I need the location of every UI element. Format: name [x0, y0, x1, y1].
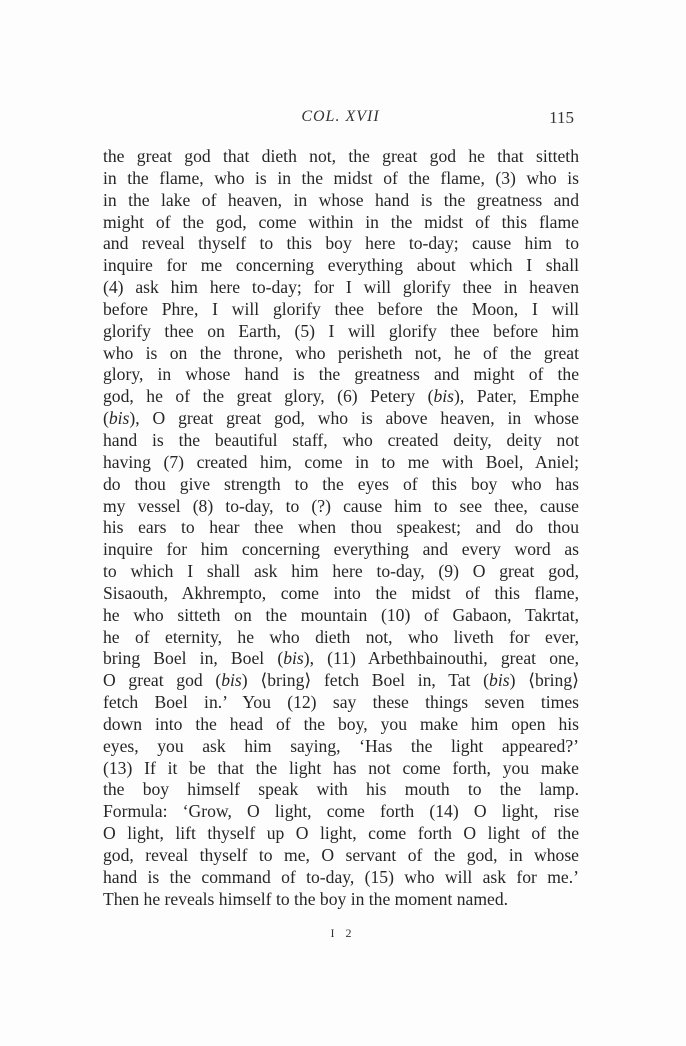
- text-line: O great god (bis) ⟨bring⟩ fetch Boel in,…: [103, 670, 579, 692]
- text-line: to which I shall ask him here to-day, (9…: [103, 561, 579, 583]
- text-line: do thou give strength to the eyes of thi…: [103, 474, 579, 496]
- text-line: eyes, you ask him saying, ‘Has the light…: [103, 736, 579, 758]
- text-line: glory, in whose hand is the greatness an…: [103, 364, 579, 386]
- text-line: hand is the command of to-day, (15) who …: [103, 867, 579, 889]
- running-title: COL. XVII: [103, 108, 578, 126]
- text-line: inquire for me concerning everything abo…: [103, 255, 579, 277]
- text-line: having (7) created him, come in to me wi…: [103, 452, 579, 474]
- text-line: (4) ask him here to-day; for I will glor…: [103, 277, 579, 299]
- text-line: in the flame, who is in the midst of the…: [103, 168, 579, 190]
- text-line: his ears to hear thee when thou speakest…: [103, 517, 579, 539]
- text-line: bring Boel in, Boel (bis), (11) Arbethba…: [103, 648, 579, 670]
- running-head: COL. XVII 115: [103, 108, 578, 128]
- text-line: and reveal thyself to this boy here to-d…: [103, 233, 579, 255]
- text-line: O light, lift thyself up O light, come f…: [103, 823, 579, 845]
- text-line: down into the head of the boy, you make …: [103, 714, 579, 736]
- signature-mark: I 2: [0, 926, 686, 941]
- text-line: inquire for him concerning everything an…: [103, 539, 579, 561]
- text-line: who is on the throne, who perisheth not,…: [103, 343, 579, 365]
- text-line: the great god that dieth not, the great …: [103, 146, 579, 168]
- text-line: before Phre, I will glorify thee before …: [103, 299, 579, 321]
- text-line: Sisaouth, Akhrempto, come into the midst…: [103, 583, 579, 605]
- text-line: he of eternity, he who dieth not, who li…: [103, 627, 579, 649]
- text-line: might of the god, come within in the mid…: [103, 212, 579, 234]
- text-line: the boy himself speak with his mouth to …: [103, 779, 579, 801]
- text-line: glorify thee on Earth, (5) I will glorif…: [103, 321, 579, 343]
- text-line: fetch Boel in.’ You (12) say these thing…: [103, 692, 579, 714]
- page-number: 115: [549, 108, 574, 128]
- text-line: in the lake of heaven, in whose hand is …: [103, 190, 579, 212]
- text-line: god, he of the great glory, (6) Petery (…: [103, 386, 579, 408]
- text-line: he who sitteth on the mountain (10) of G…: [103, 605, 579, 627]
- text-line: my vessel (8) to-day, to (?) cause him t…: [103, 496, 579, 518]
- text-line: hand is the beautiful staff, who created…: [103, 430, 579, 452]
- text-line: god, reveal thyself to me, O servant of …: [103, 845, 579, 867]
- text-line: Then he reveals himself to the boy in th…: [103, 889, 579, 911]
- text-line: (bis), O great great god, who is above h…: [103, 408, 579, 430]
- book-page: COL. XVII 115 the great god that dieth n…: [0, 0, 686, 1046]
- text-line: (13) If it be that the light has not com…: [103, 758, 579, 780]
- text-line: Formula: ‘Grow, O light, come forth (14)…: [103, 801, 579, 823]
- body-text: the great god that dieth not, the great …: [103, 146, 579, 911]
